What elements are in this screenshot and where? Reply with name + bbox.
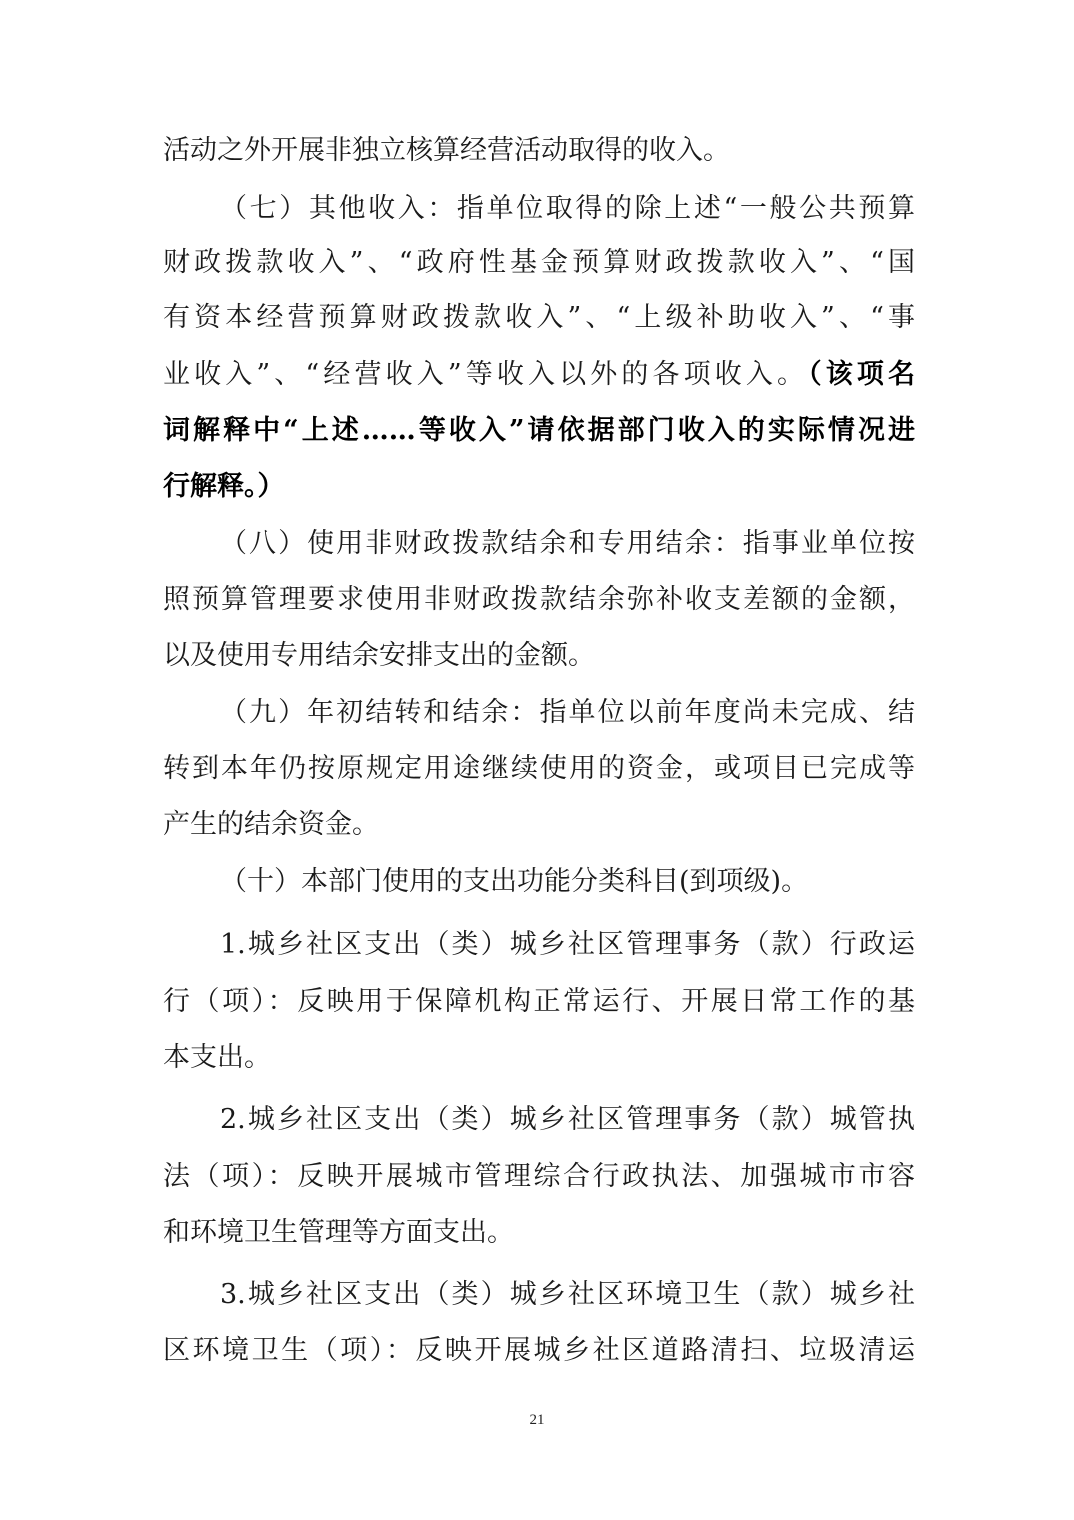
item-2-line-3: 和环境卫生管理等方面支出。 [163, 1213, 915, 1253]
paragraph-7-line-6: 行解释。） [163, 467, 915, 507]
text: 2.城乡社区支出（类）城乡社区管理事务（款）城管执 [220, 1104, 915, 1135]
paragraph-8-line-3: 以及使用专用结余安排支出的金额。 [163, 636, 915, 676]
text: 和环境卫生管理等方面支出。 [163, 1217, 514, 1248]
item-1-line-2: 行（项）：反映用于保障机构正常运行、开展日常工作的基 [163, 982, 915, 1022]
paragraph-10-heading: （十）本部门使用的支出功能分类科目(到项级)。 [220, 862, 915, 902]
bold-note: 词解释中“上述……等收入”请依据部门收入的实际情况进 [163, 415, 915, 446]
text: （七）其他收入：指单位取得的除上述“一般公共预算 [220, 193, 915, 224]
text: 行（项）：反映用于保障机构正常运行、开展日常工作的基 [163, 986, 915, 1017]
text: 转到本年仍按原规定用途继续使用的资金，或项目已完成等 [163, 753, 915, 784]
paragraph-7-line-3: 有资本经营预算财政拨款收入”、“上级补助收入”、“事 [163, 298, 915, 338]
item-3-line-2: 区环境卫生（项）：反映开展城乡社区道路清扫、垃圾清运 [163, 1331, 915, 1371]
text: 区环境卫生（项）：反映开展城乡社区道路清扫、垃圾清运 [163, 1335, 915, 1366]
paragraph-6-line-end: 活动之外开展非独立核算经营活动取得的收入。 [163, 131, 915, 171]
document-page: 活动之外开展非独立核算经营活动取得的收入。 （七）其他收入：指单位取得的除上述“… [0, 0, 1074, 1520]
text: 产生的结余资金。 [163, 809, 379, 840]
text: 法（项）：反映开展城市管理综合行政执法、加强城市市容 [163, 1161, 915, 1192]
paragraph-9-line-3: 产生的结余资金。 [163, 805, 915, 845]
text: 1.城乡社区支出（类）城乡社区管理事务（款）行政运 [220, 929, 915, 960]
paragraph-7-line-2: 财政拨款收入”、“政府性基金预算财政拨款收入”、“国 [163, 243, 915, 283]
text: 活动之外开展非独立核算经营活动取得的收入。 [163, 135, 730, 166]
paragraph-7-line-1: （七）其他收入：指单位取得的除上述“一般公共预算 [220, 189, 915, 229]
paragraph-7-line-5: 词解释中“上述……等收入”请依据部门收入的实际情况进 [163, 411, 915, 451]
text: 有资本经营预算财政拨款收入”、“上级补助收入”、“事 [163, 302, 915, 333]
text: 3.城乡社区支出（类）城乡社区环境卫生（款）城乡社 [220, 1279, 915, 1310]
paragraph-9-line-1: （九）年初结转和结余：指单位以前年度尚未完成、结 [220, 693, 915, 733]
text: （八）使用非财政拨款结余和专用结余：指事业单位按 [220, 528, 915, 559]
text: 财政拨款收入”、“政府性基金预算财政拨款收入”、“国 [163, 247, 915, 278]
bold-note: 行解释。） [163, 471, 285, 502]
item-2-line-2: 法（项）：反映开展城市管理综合行政执法、加强城市市容 [163, 1157, 915, 1197]
item-3-line-1: 3.城乡社区支出（类）城乡社区环境卫生（款）城乡社 [220, 1275, 915, 1315]
text: 本支出。 [163, 1042, 271, 1073]
text: 以及使用专用结余安排支出的金额。 [163, 640, 595, 671]
item-1-line-3: 本支出。 [163, 1038, 915, 1078]
page-number: 21 [0, 1412, 1074, 1429]
item-2-line-1: 2.城乡社区支出（类）城乡社区管理事务（款）城管执 [220, 1100, 915, 1140]
paragraph-7-line-4: 业收入”、“经营收入”等收入以外的各项收入。（该项名 [163, 355, 915, 395]
paragraph-9-line-2: 转到本年仍按原规定用途继续使用的资金，或项目已完成等 [163, 749, 915, 789]
paragraph-8-line-1: （八）使用非财政拨款结余和专用结余：指事业单位按 [220, 524, 915, 564]
paragraph-8-line-2: 照预算管理要求使用非财政拨款结余弥补收支差额的金额， [163, 580, 915, 620]
text: （十）本部门使用的支出功能分类科目(到项级)。 [220, 866, 808, 897]
text: 照预算管理要求使用非财政拨款结余弥补收支差额的金额， [163, 584, 915, 615]
item-1-line-1: 1.城乡社区支出（类）城乡社区管理事务（款）行政运 [220, 925, 915, 965]
text: （九）年初结转和结余：指单位以前年度尚未完成、结 [220, 697, 915, 728]
bold-note: （该项名 [808, 359, 915, 390]
text: 业收入”、“经营收入”等收入以外的各项收入。 [163, 359, 808, 390]
